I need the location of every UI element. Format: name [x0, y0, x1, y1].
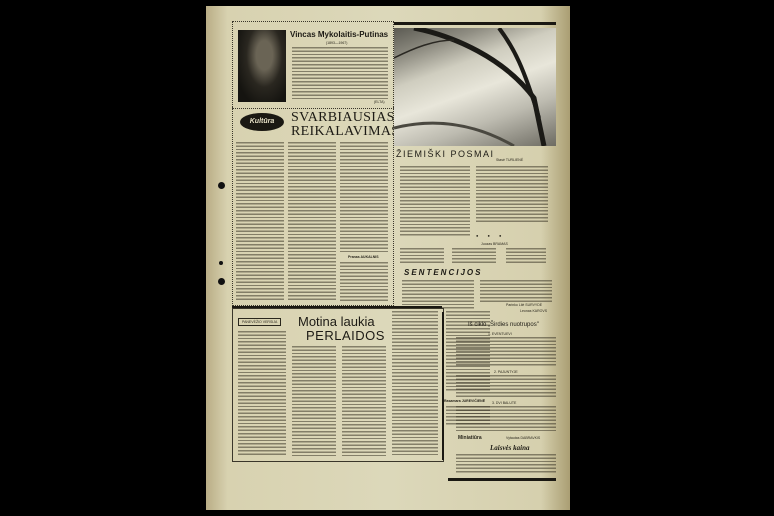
top-rule: [394, 22, 556, 25]
obituary-dates: (1893—1967): [326, 41, 347, 45]
poems-author-2: Juozas BRAMAS: [481, 242, 508, 246]
editorial-column-2: [288, 142, 336, 302]
mother-column-3: [342, 346, 386, 456]
mother-title-line1: Motina laukia: [298, 314, 375, 329]
editorial-column-3: [340, 142, 388, 252]
bottom-rule: [448, 478, 556, 481]
short-poem-1: [400, 248, 444, 264]
editorial-column-1: [236, 142, 284, 302]
sayings-author-2: Leonas KAROVS: [520, 309, 547, 313]
mother-column-4: [392, 311, 438, 456]
cycle-poem-1: [456, 337, 556, 367]
cycle-poem-3: [456, 406, 556, 432]
mother-section-label: PANEVĖŽIO VERSIJA: [238, 318, 281, 326]
short-poem-3: [506, 248, 546, 264]
poem-column-1: [400, 166, 470, 236]
poems-author-1: Stasė TURLIENĖ: [496, 158, 523, 162]
miniature-text: [456, 454, 556, 474]
punch-hole: [218, 278, 225, 285]
cycle-poem-2: [456, 375, 556, 399]
mother-column-1: [238, 331, 286, 456]
punch-hole: [218, 182, 225, 189]
poem-divider: ● ● ●: [476, 233, 505, 238]
cycle-part-3: 3. DVI BALUTE: [492, 401, 516, 405]
winter-landscape-photo: [394, 28, 556, 146]
sayings-title: SENTENCIJOS: [404, 268, 482, 277]
editorial-column-3b: [340, 262, 388, 302]
miniature-author: Vytautas DABRAVKIS: [506, 436, 540, 440]
miniature-label: Miniatiūra: [458, 435, 482, 441]
cycle-title: Iš ciklo „Širdies nuotrupos": [468, 322, 539, 328]
cycle-part-2: 2. PAJUNTYJE: [494, 370, 518, 374]
short-poem-2: [452, 248, 496, 264]
cycle-part-1: 1. EVENTUEVI: [488, 332, 512, 336]
miniature-title: Laisvės kaina: [490, 444, 529, 452]
editorial-author: Pranas AUKALNIS: [348, 255, 379, 259]
newspaper-page: Vincas Mykolaitis-Putinas (1893—1967) (E…: [206, 6, 570, 510]
sayings-column-2: [480, 280, 552, 302]
poem-column-2: [476, 166, 548, 224]
obituary-text: [292, 47, 388, 99]
portrait-photo: [238, 30, 286, 102]
obituary-title: Vincas Mykolaitis-Putinas: [290, 30, 388, 39]
poems-title: ŽIEMIŠKI POSMAI: [396, 149, 495, 159]
column-rule: [442, 312, 444, 460]
sayings-author-1: Parinko Lilė SURVYDĖ: [506, 303, 542, 307]
mother-column-2: [292, 346, 336, 456]
obituary-source: (ELTA): [374, 100, 385, 104]
punch-hole: [219, 261, 223, 265]
mother-author: Rasamara JUREVIČIENĖ: [444, 399, 485, 403]
mother-title-line2: PERLAIDOS: [306, 328, 385, 343]
